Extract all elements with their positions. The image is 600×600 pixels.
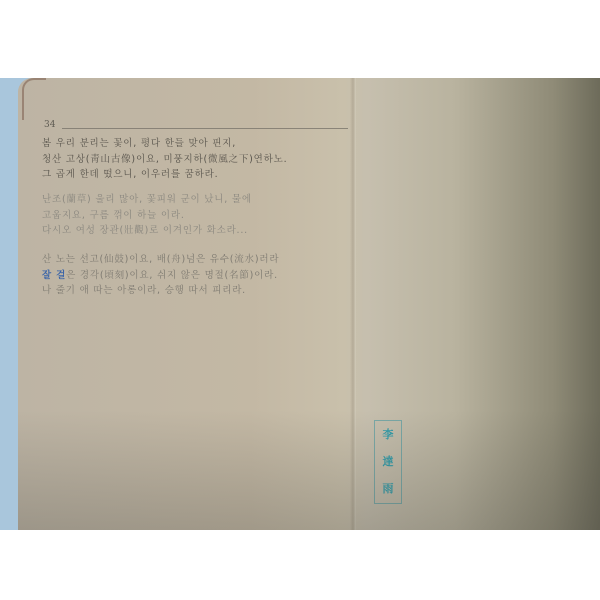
stamp-char: 李: [383, 429, 394, 441]
text-line: 잘 걸은 경각(頃刻)이요, 쉬지 않은 명절(名節)이라.: [42, 268, 352, 284]
stamp-char: 達: [383, 456, 394, 468]
page-number: 34: [44, 120, 55, 130]
paragraph-1: 봄 우리 분리는 꽃이, 평다 한들 맞아 핀지, 청산 고상(靑山古像)이요,…: [42, 136, 352, 183]
document-photo: 34 봄 우리 분리는 꽃이, 평다 한들 맞아 핀지, 청산 고상(靑山古像)…: [0, 78, 600, 530]
text-line: 청산 고상(靑山古像)이요, 미풍지하(微風之下)연하노.: [42, 152, 352, 168]
text-line: 그 곱게 한데 떴으니, 이우러를 꿈하라.: [42, 167, 352, 183]
text-line: 다시오 여성 장관(壯觀)로 이겨인가 화소라...: [42, 223, 352, 239]
text-line: 난조(蘭草) 울리 많아, 꽃피워 군이 났니, 물에: [42, 192, 352, 208]
seal-stamp: 李 達 雨: [374, 420, 402, 504]
text-line: 고웁지요, 구름 꺾이 하늘 이라.: [42, 208, 352, 224]
text-line: 봄 우리 분리는 꽃이, 평다 한들 맞아 핀지,: [42, 136, 352, 152]
blue-annotation: 잘 걸: [42, 270, 66, 281]
text-line: 산 노는 선고(仙鼓)이요, 배(舟)넘은 유수(流水)러라: [42, 252, 352, 268]
paragraph-3: 산 노는 선고(仙鼓)이요, 배(舟)넘은 유수(流水)러라 잘 걸은 경각(頃…: [42, 252, 352, 299]
book-page: 34 봄 우리 분리는 꽃이, 평다 한들 맞아 핀지, 청산 고상(靑山古像)…: [18, 78, 600, 530]
stamp-char: 雨: [383, 483, 394, 495]
paragraph-2: 난조(蘭草) 울리 많아, 꽃피워 군이 났니, 물에 고웁지요, 구름 꺾이 …: [42, 192, 352, 239]
header-rule: [62, 128, 348, 129]
worn-corner: [22, 78, 46, 120]
text-line-rest: 은 경각(頃刻)이요, 쉬지 않은 명절(名節)이라.: [66, 270, 278, 281]
text-line: 나 줄기 애 따는 아롱이라, 승행 따서 피리라.: [42, 283, 352, 299]
